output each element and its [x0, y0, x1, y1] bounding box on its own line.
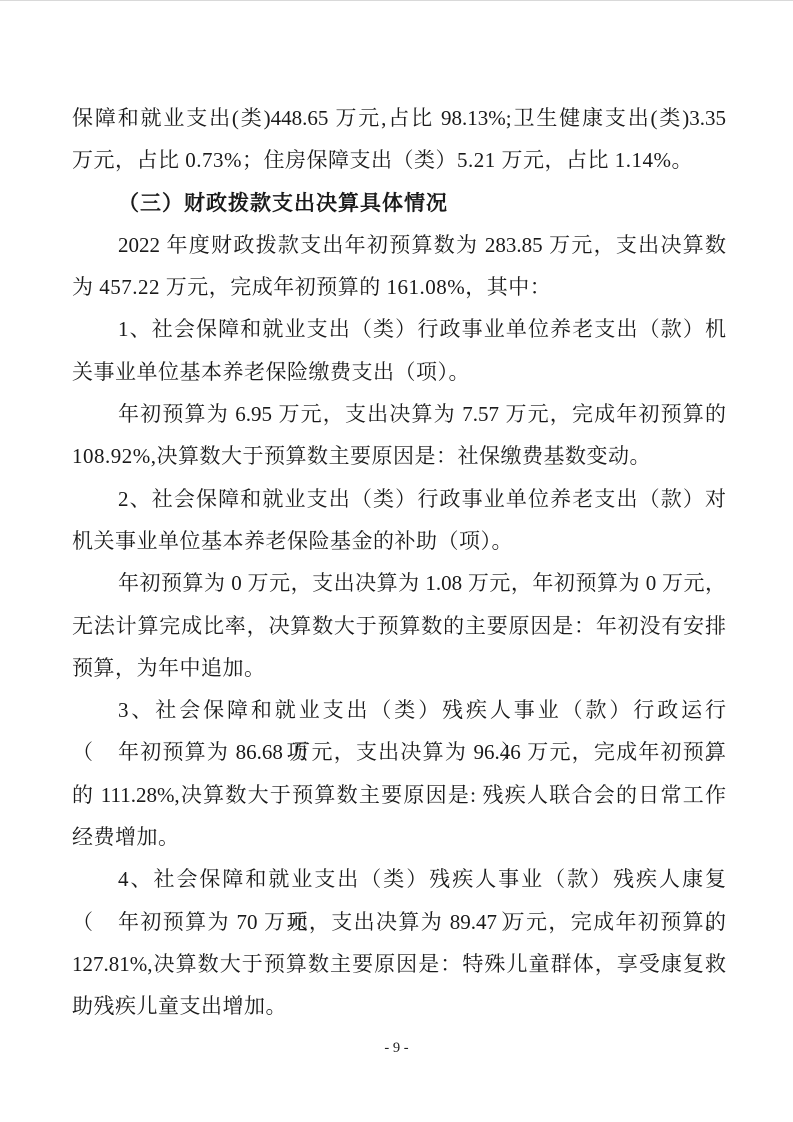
page-number: - 9 -: [0, 1036, 793, 1060]
text-line: 机关事业单位基本养老保险基金的补助（项）。: [72, 520, 726, 562]
document-body: 保障和就业支出(类)448.65 万元,占比 98.13%;卫生健康支出(类)3…: [72, 97, 726, 1028]
text-line: 的 111.28%,决算数大于预算数主要原因是: 残疾人联合会的日常工作: [72, 774, 726, 816]
text-line: 保障和就业支出(类)448.65 万元,占比 98.13%;卫生健康支出(类)3…: [72, 97, 726, 139]
text-line: 年初预算为 0 万元，支出决算为 1.08 万元，年初预算为 0 万元，: [72, 562, 726, 604]
page-top-edge: [0, 0, 793, 1]
text-line: 3、社会保障和就业支出（类）残疾人事业（款）行政运行（项）。: [72, 689, 726, 731]
section-heading: （三）财政拨款支出决算具体情况: [72, 182, 726, 224]
text-line: 年初预算为 70 万元，支出决算为 89.47 万元，完成年初预算的: [72, 901, 726, 943]
text-line: 1、社会保障和就业支出（类）行政事业单位养老支出（款）机: [72, 308, 726, 350]
document-page: 保障和就业支出(类)448.65 万元,占比 98.13%;卫生健康支出(类)3…: [0, 0, 793, 1122]
text-line: 4、社会保障和就业支出（类）残疾人事业（款）残疾人康复（项）。: [72, 858, 726, 900]
text-line: 关事业单位基本养老保险缴费支出（项）。: [72, 351, 726, 393]
text-line: 年初预算为 86.68 万元，支出决算为 96.46 万元，完成年初预算: [72, 731, 726, 773]
text-line: 108.92%,决算数大于预算数主要原因是：社保缴费基数变动。: [72, 435, 726, 477]
text-line: 年初预算为 6.95 万元，支出决算为 7.57 万元，完成年初预算的: [72, 393, 726, 435]
text-line: 为 457.22 万元，完成年初预算的 161.08%，其中：: [72, 266, 726, 308]
text-line: 2、社会保障和就业支出（类）行政事业单位养老支出（款）对: [72, 478, 726, 520]
text-line: 127.81%,决算数大于预算数主要原因是：特殊儿童群体，享受康复救: [72, 943, 726, 985]
text-line: 助残疾儿童支出增加。: [72, 985, 726, 1027]
text-line: 2022 年度财政拨款支出年初预算数为 283.85 万元，支出决算数: [72, 224, 726, 266]
text-line: 经费增加。: [72, 816, 726, 858]
text-line: 预算，为年中追加。: [72, 647, 726, 689]
text-line: 万元，占比 0.73%；住房保障支出（类）5.21 万元，占比 1.14%。: [72, 139, 726, 181]
text-line: 无法计算完成比率，决算数大于预算数的主要原因是：年初没有安排: [72, 605, 726, 647]
